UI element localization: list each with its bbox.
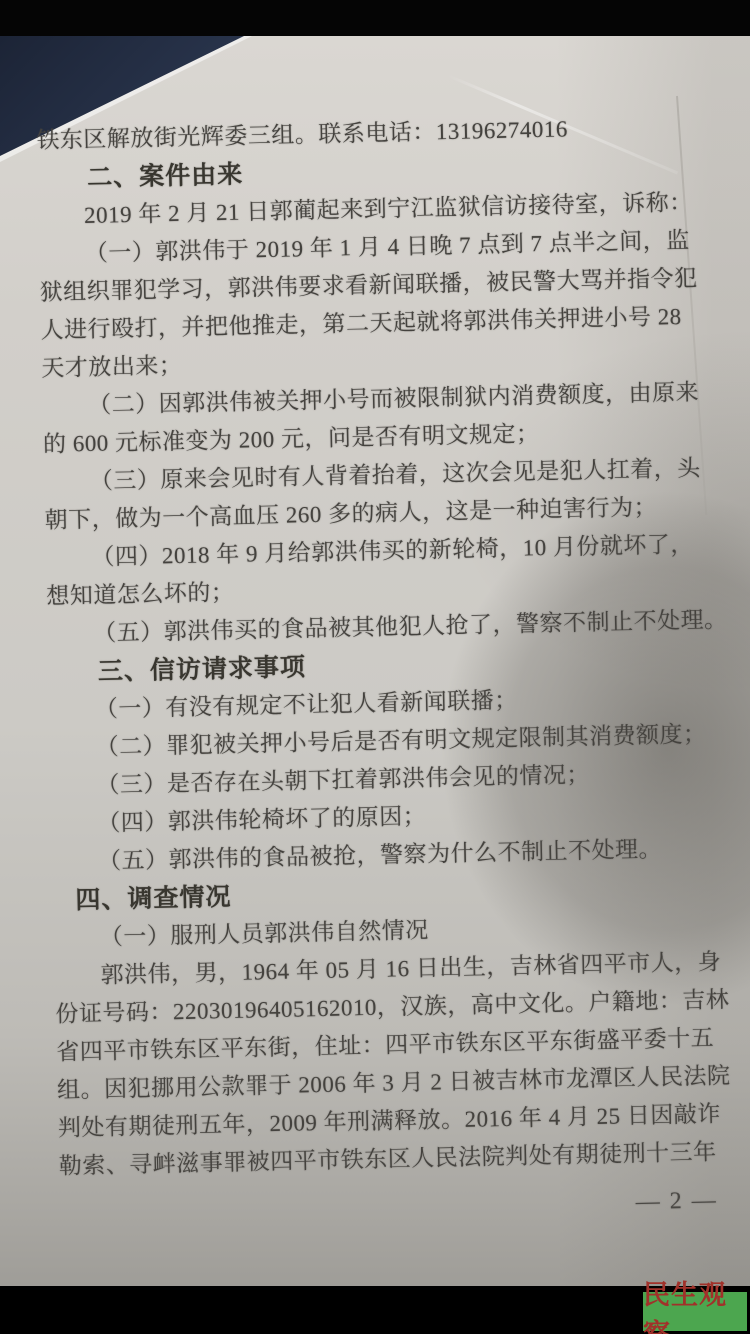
phone-screenshot: 铁东区解放街光辉委三组。联系电话：13196274016二、案件由来2019 年… [0,0,750,1334]
letterbox-top [0,0,750,36]
watermark-badge: 民生观察 [643,1292,747,1331]
letterbox-bottom [0,1286,750,1334]
page-number: — 2 — [59,1181,724,1233]
document-text-block: 铁东区解放街光辉委三组。联系电话：13196274016二、案件由来2019 年… [36,108,724,1234]
document-photo: 铁东区解放街光辉委三组。联系电话：13196274016二、案件由来2019 年… [0,36,750,1286]
document-lines: 铁东区解放街光辉委三组。联系电话：13196274016二、案件由来2019 年… [36,108,723,1186]
